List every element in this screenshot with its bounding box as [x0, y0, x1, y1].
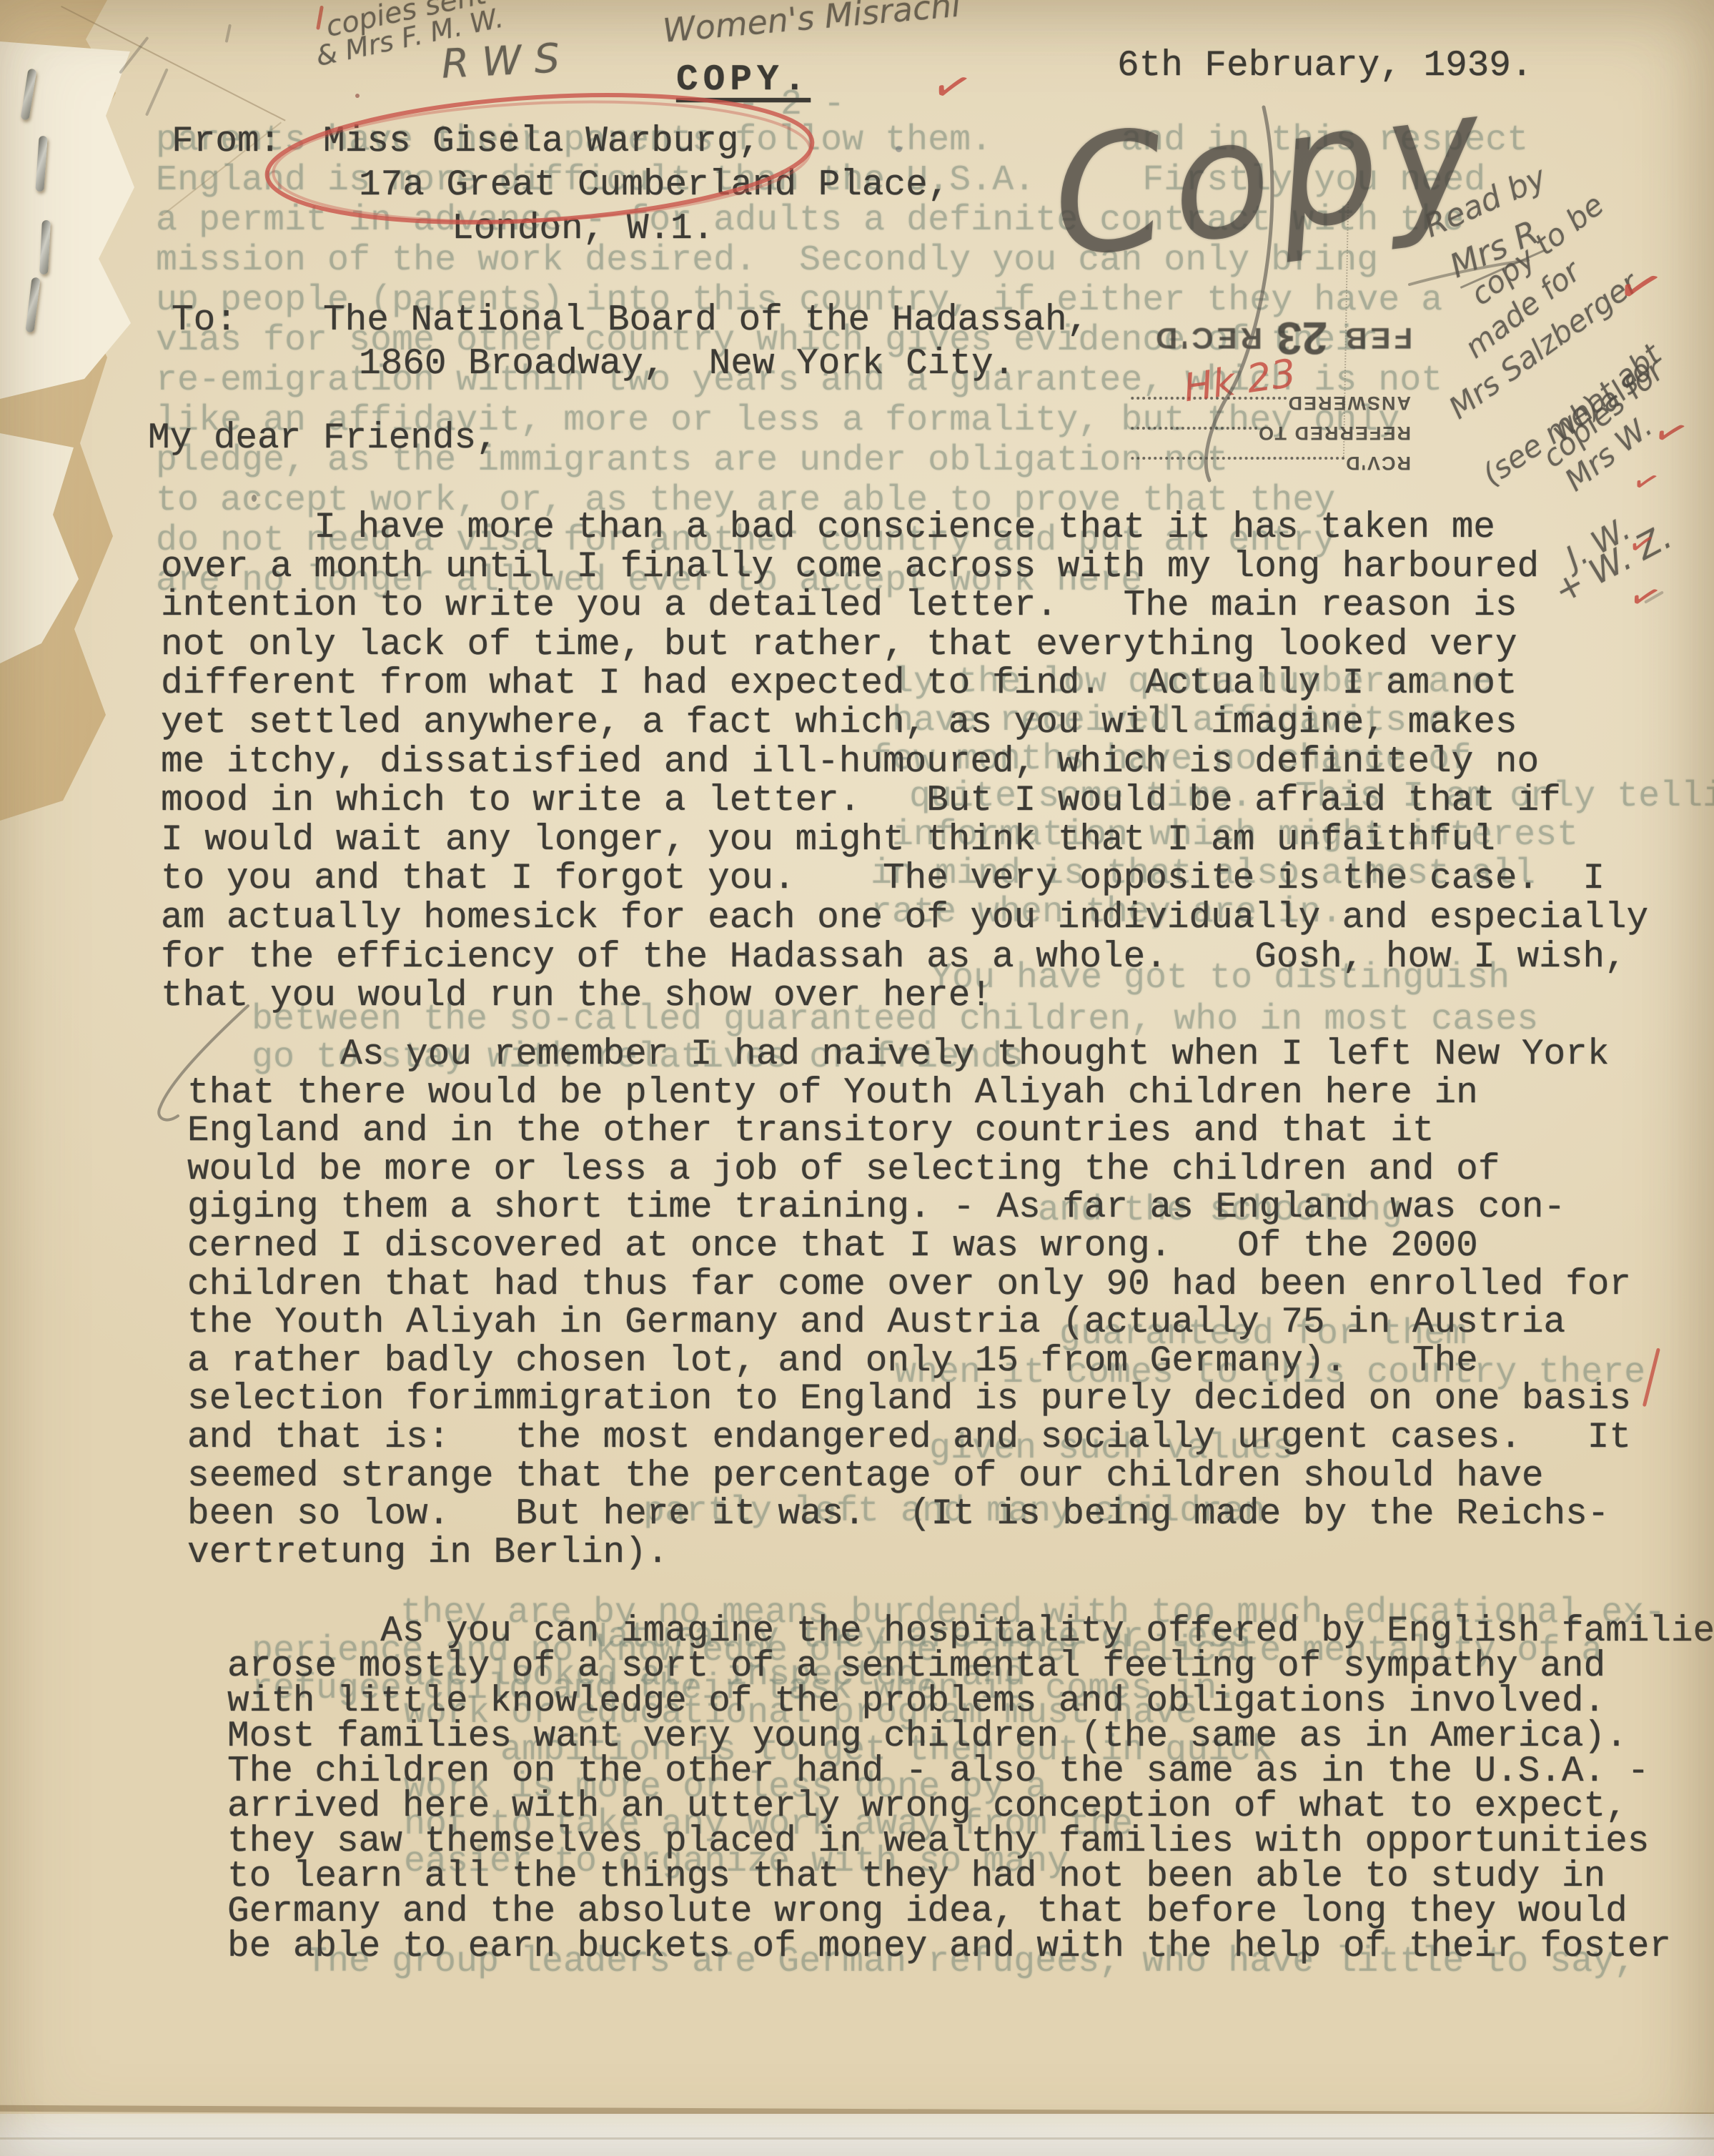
- letter-scan-page: parents have their parents follow them. …: [0, 0, 1714, 2156]
- stamp-row: REFERRED TO: [1124, 422, 1411, 452]
- ink-speck: [896, 146, 902, 152]
- sender-address-city: London, W.1.: [452, 209, 714, 249]
- ink-speck: [252, 495, 257, 502]
- stamp-label-answered: ANSWERED: [1287, 392, 1411, 414]
- stamp-label-referred: REFERRED TO: [1257, 422, 1411, 444]
- sender-address-street: 17a Great Cumberland Place,: [359, 165, 949, 206]
- letter-paragraph: As you remember I had naively thought wh…: [187, 1036, 1631, 1572]
- stamp-recd: REC'D: [1152, 321, 1262, 355]
- under-sheet-edge: [0, 2137, 1714, 2140]
- to-label: To:: [172, 300, 237, 341]
- recipient-name: The National Board of the Hadassah,: [323, 300, 1089, 341]
- stamp-label-rcvd: RCV'D: [1344, 452, 1411, 474]
- pencil-note: Women's Misrachi: [661, 0, 962, 50]
- copy-label: COPY.: [676, 60, 811, 101]
- letter-paragraph: I have more than a bad conscience that i…: [161, 509, 1648, 1017]
- stamp-dotted-line: [1131, 427, 1257, 430]
- red-check-mark: ✓: [1628, 463, 1664, 502]
- salutation: My dear Friends,: [148, 418, 498, 459]
- red-slash-mark: [316, 6, 324, 30]
- pencil-note: R W S: [440, 35, 561, 88]
- graphite-stroke: [225, 24, 232, 43]
- recipient-address: 1860 Broadway, New York City.: [359, 344, 1015, 385]
- scanner-background: [0, 2114, 1714, 2156]
- stamp-dotted-line: [1131, 457, 1344, 460]
- red-check-mark: ✓: [1648, 409, 1693, 458]
- red-check-mark: ✓: [1610, 254, 1670, 320]
- stamp-month: FEB: [1342, 321, 1412, 355]
- from-label: From:: [172, 122, 281, 162]
- rcvd-referred-answered-stamp: RCV'D REFERRED TO ANSWERED: [1124, 392, 1411, 482]
- sender-name: Miss Gisela Warburg,: [323, 122, 761, 162]
- stamp-row: RCV'D: [1124, 452, 1411, 482]
- graphite-stroke: [145, 68, 169, 116]
- letter-paragraph: As you can imagine the hospitality offer…: [227, 1614, 1714, 1964]
- red-speck: [355, 94, 360, 98]
- pencil-note: Copy: [1042, 56, 1498, 295]
- red-check-mark: ✓: [926, 60, 977, 115]
- torn-paper-fragment: [0, 37, 142, 403]
